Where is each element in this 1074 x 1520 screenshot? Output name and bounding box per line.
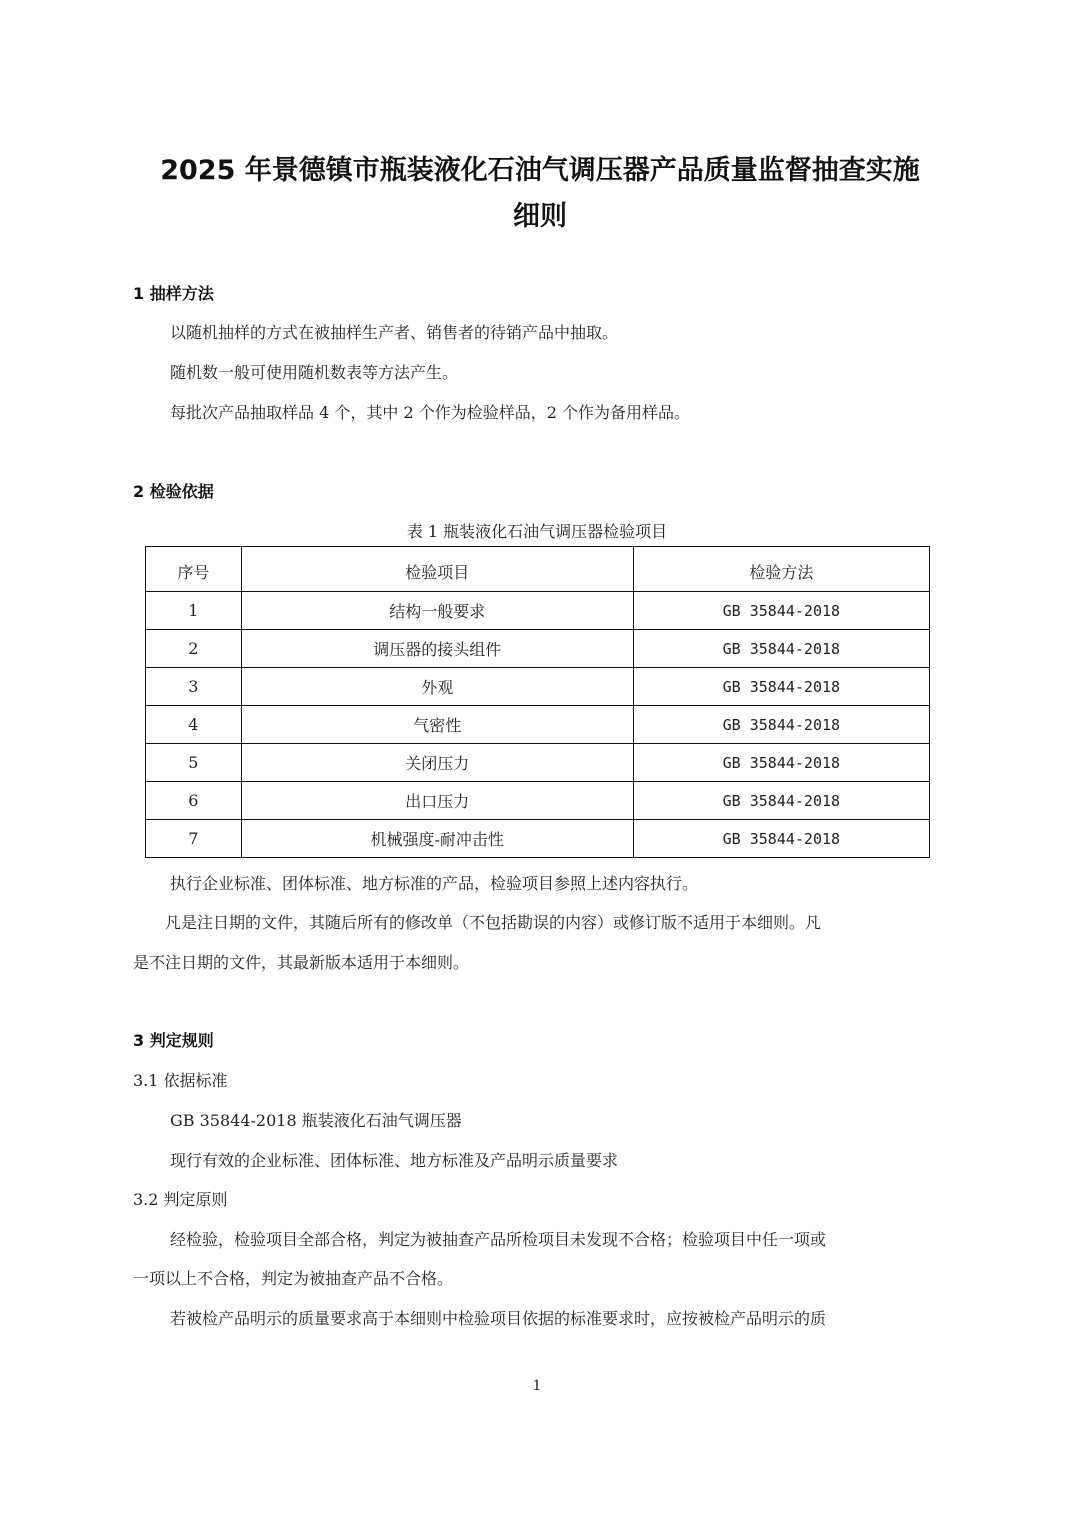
cell-method: GB 35844-2018 <box>633 744 929 782</box>
table-row: 2 调压器的接头组件 GB 35844-2018 <box>146 630 930 668</box>
section-2-heading: 2 检验依据 <box>133 481 214 503</box>
table-caption: 表 1 瓶装液化石油气调压器检验项目 <box>145 521 929 543</box>
cell-number: 2 <box>146 630 242 668</box>
cell-method: GB 35844-2018 <box>633 706 929 744</box>
subsection-3-1-heading: 3.1 依据标准 <box>133 1070 228 1092</box>
subsection-3-2-paragraph: 经检验，检验项目全部合格，判定为被抽查产品所检项目未发现不合格；检验项目中任一项… <box>170 1229 826 1251</box>
cell-number: 4 <box>146 706 242 744</box>
section-1-paragraph: 每批次产品抽取样品 4 个，其中 2 个作为检验样品，2 个作为备用样品。 <box>170 402 690 424</box>
subsection-3-1-paragraph: GB 35844-2018 瓶装液化石油气调压器 <box>170 1110 462 1132</box>
section-3-heading: 3 判定规则 <box>133 1030 214 1052</box>
subsection-3-2-heading: 3.2 判定原则 <box>133 1189 228 1211</box>
section-1-heading: 1 抽样方法 <box>133 283 214 305</box>
table-row: 5 关闭压力 GB 35844-2018 <box>146 744 930 782</box>
subsection-3-1-paragraph: 现行有效的企业标准、团体标准、地方标准及产品明示质量要求 <box>170 1150 618 1172</box>
cell-number: 5 <box>146 744 242 782</box>
cell-method: GB 35844-2018 <box>633 630 929 668</box>
cell-item: 气密性 <box>241 706 633 744</box>
cell-method: GB 35844-2018 <box>633 782 929 820</box>
section-2-paragraph: 是不注日期的文件，其最新版本适用于本细则。 <box>133 952 469 974</box>
table-row: 4 气密性 GB 35844-2018 <box>146 706 930 744</box>
cell-item: 关闭压力 <box>241 744 633 782</box>
cell-number: 3 <box>146 668 242 706</box>
cell-number: 6 <box>146 782 242 820</box>
table-header-row: 序号 检验项目 检验方法 <box>146 547 930 592</box>
page-number: 1 <box>0 1378 1074 1394</box>
title-line-2: 细则 <box>130 194 950 240</box>
inspection-items-table: 序号 检验项目 检验方法 1 结构一般要求 GB 35844-2018 2 调压… <box>145 546 930 858</box>
subsection-3-2-paragraph: 一项以上不合格，判定为被抽查产品不合格。 <box>133 1268 453 1290</box>
section-1-paragraph: 以随机抽样的方式在被抽样生产者、销售者的待销产品中抽取。 <box>170 322 618 344</box>
title-line-1: 2025 年景德镇市瓶装液化石油气调压器产品质量监督抽查实施 <box>130 148 950 194</box>
section-2-paragraph: 凡是注日期的文件，其随后所有的修改单（不包括勘误的内容）或修订版不适用于本细则。… <box>165 912 821 934</box>
cell-method: GB 35844-2018 <box>633 592 929 630</box>
cell-item: 机械强度-耐冲击性 <box>241 820 633 858</box>
section-1-paragraph: 随机数一般可使用随机数表等方法产生。 <box>170 362 458 384</box>
column-header-method: 检验方法 <box>633 547 929 592</box>
cell-item: 出口压力 <box>241 782 633 820</box>
cell-item: 结构一般要求 <box>241 592 633 630</box>
cell-number: 1 <box>146 592 242 630</box>
table-row: 1 结构一般要求 GB 35844-2018 <box>146 592 930 630</box>
cell-item: 外观 <box>241 668 633 706</box>
cell-item: 调压器的接头组件 <box>241 630 633 668</box>
cell-method: GB 35844-2018 <box>633 668 929 706</box>
document-page: 2025 年景德镇市瓶装液化石油气调压器产品质量监督抽查实施 细则 1 抽样方法… <box>0 0 1074 1520</box>
table-row: 3 外观 GB 35844-2018 <box>146 668 930 706</box>
table-row: 7 机械强度-耐冲击性 GB 35844-2018 <box>146 820 930 858</box>
document-title: 2025 年景德镇市瓶装液化石油气调压器产品质量监督抽查实施 细则 <box>130 148 950 240</box>
cell-number: 7 <box>146 820 242 858</box>
column-header-item: 检验项目 <box>241 547 633 592</box>
subsection-3-2-paragraph: 若被检产品明示的质量要求高于本细则中检验项目依据的标准要求时，应按被检产品明示的… <box>170 1308 826 1330</box>
cell-method: GB 35844-2018 <box>633 820 929 858</box>
section-2-paragraph: 执行企业标准、团体标准、地方标准的产品，检验项目参照上述内容执行。 <box>170 873 698 895</box>
table-row: 6 出口压力 GB 35844-2018 <box>146 782 930 820</box>
column-header-number: 序号 <box>146 547 242 592</box>
